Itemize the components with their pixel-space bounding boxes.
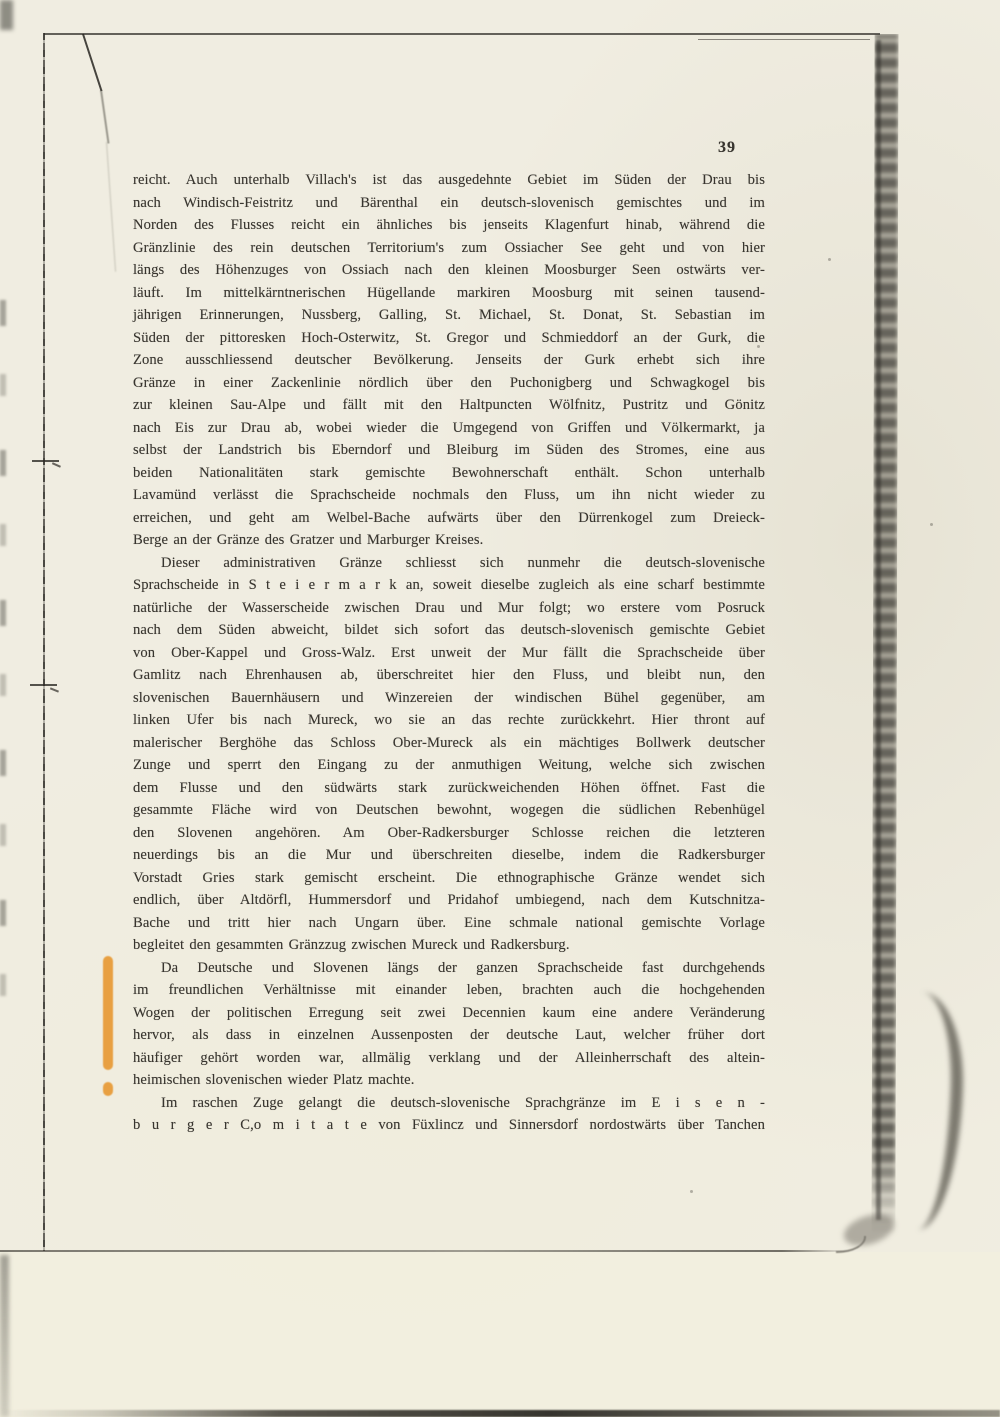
text-line: reicht. Auch unterhalb Villach's ist das… xyxy=(133,169,765,192)
text-line: im freundlichen Verhältnisse mit einande… xyxy=(133,979,765,1002)
corner-fold-crease xyxy=(100,90,109,144)
text-line: Gamlitz nach Ehrenhausen ab, überschreit… xyxy=(133,664,765,687)
page-crease-top-line-double xyxy=(698,39,870,40)
text-line: endlich, über Altdörfl, Hummersdorf und … xyxy=(133,889,765,912)
margin-annotation-mark xyxy=(32,460,59,462)
text-line: jährigen Erinnerungen, Nussberg, Galling… xyxy=(133,304,765,327)
text-line: Norden des Flusses reicht ein ähnliches … xyxy=(133,214,765,237)
margin-annotation-mark xyxy=(50,687,59,692)
text-line: zur kleinen Sau-Alpe und fällt mit den H… xyxy=(133,394,765,417)
margin-annotation-mark xyxy=(52,462,61,467)
text-line: nach Windisch-Feistritz und Bärenthal ei… xyxy=(133,192,765,215)
text-line: den Slovenen angehören. Am Ober-Radkersb… xyxy=(133,822,765,845)
text-line: nach dem Süden abweicht, bildet sich sof… xyxy=(133,619,765,642)
text-line: nach Eis zur Drau ab, wobei wieder die U… xyxy=(133,417,765,440)
margin-annotation-mark xyxy=(30,684,57,686)
text-line: Bache und tritt hier nach Ungarn über. E… xyxy=(133,912,765,935)
text-line: Lavamünd verlässt die Sprachscheide noch… xyxy=(133,484,765,507)
text-line: neuerdings bis an die Mur und überschrei… xyxy=(133,844,765,867)
text-line: dem Flusse und den südwärts stark zurück… xyxy=(133,777,765,800)
text-line: Dieser administrativen Gränze schliesst … xyxy=(133,552,765,575)
text-line: Gränze in einer Zackenlinie nördlich übe… xyxy=(133,372,765,395)
page-corner-fold-shadow xyxy=(884,991,966,1231)
next-page-sliver xyxy=(0,1252,1000,1417)
text-line: häufiger gehört worden war, allmälig ver… xyxy=(133,1047,765,1070)
scan-edge-smudge xyxy=(0,0,13,30)
text-line: b u r g e r C,o m i t a t e von Füxlincz… xyxy=(133,1114,765,1137)
text-line: Da Deutsche und Slovenen längs der ganze… xyxy=(133,957,765,980)
page-crease-bottom-line xyxy=(0,1250,850,1252)
text-line: läuft. Im mittelkärntnerischen Hügelland… xyxy=(133,282,765,305)
text-line: Im raschen Zuge gelangt die deutsch-slov… xyxy=(133,1092,765,1115)
text-line: slovenischen Bauernhäusern und Winzereie… xyxy=(133,687,765,710)
text-line: Zone ausschliessend deutscher Bevölkerun… xyxy=(133,349,765,372)
text-line: beiden Nationalitäten stark gemischte Be… xyxy=(133,462,765,485)
page-edge-shadow-core xyxy=(876,40,881,1220)
next-page-edge-shadow xyxy=(0,1410,1000,1417)
text-line: längs des Höhenzuges von Ossiach nach de… xyxy=(133,259,765,282)
text-line: begleitet den gesammten Gränzzug zwische… xyxy=(133,934,765,957)
page-crease-top-line xyxy=(44,33,880,35)
scan-edge-smudge xyxy=(0,300,6,1020)
corner-fold-crease xyxy=(106,142,116,272)
page-crease-left-line xyxy=(43,33,45,1251)
corner-fold-crease xyxy=(82,34,102,92)
paper-speck xyxy=(930,523,933,526)
page-number: 39 xyxy=(718,138,736,158)
scan-edge-smudge xyxy=(0,1255,9,1417)
paper-speck xyxy=(690,1190,693,1193)
text-line: erreichen, und geht am Welbel-Bache aufw… xyxy=(133,507,765,530)
text-line: selbst der Landstrich bis Eberndorf und … xyxy=(133,439,765,462)
paper-speck xyxy=(828,258,831,261)
scanned-book-page: 39 reicht. Auch unterhalb Villach's ist … xyxy=(0,0,1000,1417)
margin-highlight-dot xyxy=(103,1082,113,1096)
text-line: Berge an der Gränze des Gratzer und Marb… xyxy=(133,529,765,552)
text-line: Süden der pittoresken Hoch-Osterwitz, St… xyxy=(133,327,765,350)
text-line: natürliche der Wasserscheide zwischen Dr… xyxy=(133,597,765,620)
text-line: hervor, als dass in einzelnen Aussenpost… xyxy=(133,1024,765,1047)
text-line: linken Ufer bis nach Mureck, wo sie an d… xyxy=(133,709,765,732)
text-line: Sprachscheide in S t e i e r m a r k an,… xyxy=(133,574,765,597)
text-line: Gränzlinie des rein deutschen Territoriu… xyxy=(133,237,765,260)
body-text-block: reicht. Auch unterhalb Villach's ist das… xyxy=(133,169,765,1137)
text-line: heimischen slovenischen wieder Platz mac… xyxy=(133,1069,765,1092)
text-line: Zunge und sperrt den Eingang zu der anmu… xyxy=(133,754,765,777)
text-line: malerischer Berghöhe das Schloss Ober-Mu… xyxy=(133,732,765,755)
text-line: gesammte Fläche wird von Deutschen bewoh… xyxy=(133,799,765,822)
text-line: Vorstadt Gries stark gemischt erscheint.… xyxy=(133,867,765,890)
text-line: Wogen der politischen Erregung seit zwei… xyxy=(133,1002,765,1025)
text-line: von Ober-Kappel und Gross-Walz. Erst unw… xyxy=(133,642,765,665)
margin-highlight-mark xyxy=(103,956,113,1070)
